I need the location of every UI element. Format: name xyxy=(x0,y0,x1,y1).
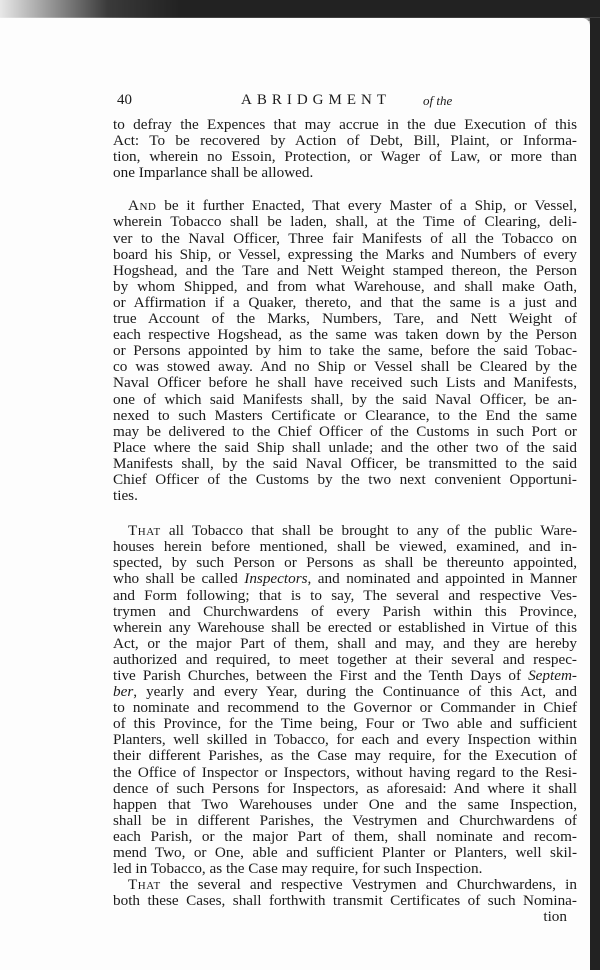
text-line: tion, wherein no Essoin, Protection, or … xyxy=(113,149,577,165)
text-span: , and nominated and appointed in Manner xyxy=(308,570,577,587)
running-header: 40 ABRIDGMENT of the xyxy=(113,92,587,112)
text-line: Manifests shall, by the said Naval Offic… xyxy=(113,456,577,472)
paragraph-gap xyxy=(113,181,577,198)
text-line: by whom Shipped, and from what Warehouse… xyxy=(113,279,577,295)
lead-word: That xyxy=(128,522,161,539)
scan-top-edge xyxy=(0,0,600,18)
text-line: houses herein before mentioned, shall be… xyxy=(113,539,577,555)
text-line: Planters, well skilled in Tobacco, for e… xyxy=(113,732,577,748)
text-span: who shall be called xyxy=(113,570,244,587)
text-span: tive Parish Churches, between the First … xyxy=(113,667,528,684)
text-line: to defray the Expences that may accrue i… xyxy=(113,117,577,133)
text-line: nexed to such Masters Certificate or Cle… xyxy=(113,408,577,424)
text-line: ver to the Naval Officer, Three fair Man… xyxy=(113,231,577,247)
italic-term: Inspectors xyxy=(244,570,307,587)
italic-term: Septem- xyxy=(528,667,577,684)
lead-word: And xyxy=(128,197,156,214)
text-line: That the several and respective Vestryme… xyxy=(113,877,577,893)
italic-term: ber xyxy=(113,683,133,700)
text-line: Act: To be recovered by Action of Debt, … xyxy=(113,133,577,149)
text-line: each Parish, or the major Part of them, … xyxy=(113,829,577,845)
text-line: one Imparlance shall be allowed. xyxy=(113,165,577,181)
paragraph-masters-manifests: And be it further Enacted, That every Ma… xyxy=(113,198,577,504)
text-line: authorized and required, to meet togethe… xyxy=(113,652,577,668)
text-line: their different Parishes, as the Case ma… xyxy=(113,748,577,764)
text-line: dence of such Persons for Inspectors, as… xyxy=(113,781,577,797)
text-span: the several and respective Vestrymen and… xyxy=(161,876,577,893)
text-line: the Office of Inspector or Inspectors, w… xyxy=(113,765,577,781)
text-line: spected, by such Person or Persons as sh… xyxy=(113,555,577,571)
text-line: Act, or the major Part of them, shall an… xyxy=(113,636,577,652)
text-line: wherein Tobacco shall be laden, shall, a… xyxy=(113,214,577,230)
text-line: board his Ship, or Vessel, expressing th… xyxy=(113,247,577,263)
page-number: 40 xyxy=(117,92,132,109)
text-line: co was stowed away. And no Ship or Vesse… xyxy=(113,359,577,375)
text-line: led in Tobacco, as the Case may require,… xyxy=(113,861,577,877)
text-line: to nominate and recommend to the Governo… xyxy=(113,700,577,716)
text-line: ber, yearly and every Year, during the C… xyxy=(113,684,577,700)
text-line: wherein any Warehouse shall be erected o… xyxy=(113,620,577,636)
text-line: shall be in different Parishes, the Vest… xyxy=(113,813,577,829)
text-line: happen that Two Warehouses under One and… xyxy=(113,797,577,813)
text-line: Place where the said Ship shall unlade; … xyxy=(113,440,577,456)
scan-right-edge xyxy=(590,18,600,970)
text-line: Naval Officer before he shall have recei… xyxy=(113,375,577,391)
paragraph-continuation: to defray the Expences that may accrue i… xyxy=(113,117,577,181)
text-line: or Persons appointed by him to take the … xyxy=(113,343,577,359)
text-line: tive Parish Churches, between the First … xyxy=(113,668,577,684)
text-line: true Account of the Marks, Numbers, Tare… xyxy=(113,311,577,327)
text-span: be it further Enacted, That every Master… xyxy=(156,197,577,214)
lead-word: That xyxy=(128,876,161,893)
running-title: ABRIDGMENT xyxy=(241,92,391,109)
text-line: That all Tobacco that shall be brought t… xyxy=(113,523,577,539)
catchword: tion xyxy=(113,909,577,925)
text-span: , yearly and every Year, during the Cont… xyxy=(133,683,577,700)
text-line: may be delivered to the Chief Officer of… xyxy=(113,424,577,440)
text-line: Chief Officer of the Customs by the two … xyxy=(113,472,577,488)
text-line: trymen and Churchwardens of every Parish… xyxy=(113,604,577,620)
text-line: both these Cases, shall forthwith transm… xyxy=(113,893,577,909)
text-line: each respective Hogshead, as the same wa… xyxy=(113,327,577,343)
text-line: mend Two, or One, able and sufficient Pl… xyxy=(113,845,577,861)
text-line: and Form following; that is to say, The … xyxy=(113,588,577,604)
running-title-suffix: of the xyxy=(423,93,452,109)
text-line: ties. xyxy=(113,488,577,504)
body-text: to defray the Expences that may accrue i… xyxy=(113,117,577,926)
text-line: of this Province, for the Time being, Fo… xyxy=(113,716,577,732)
paragraph-inspectors: That all Tobacco that shall be brought t… xyxy=(113,523,577,877)
text-line: or Affirmation if a Quaker, thereto, and… xyxy=(113,295,577,311)
paragraph-certificates: That the several and respective Vestryme… xyxy=(113,877,577,925)
text-line: And be it further Enacted, That every Ma… xyxy=(113,198,577,214)
text-line: one of which said Manifests shall, by th… xyxy=(113,392,577,408)
text-line: Hogshead, and the Tare and Nett Weight s… xyxy=(113,263,577,279)
text-line: who shall be called Inspectors, and nomi… xyxy=(113,571,577,587)
text-span: all Tobacco that shall be brought to any… xyxy=(161,522,577,539)
paragraph-gap xyxy=(113,504,577,523)
